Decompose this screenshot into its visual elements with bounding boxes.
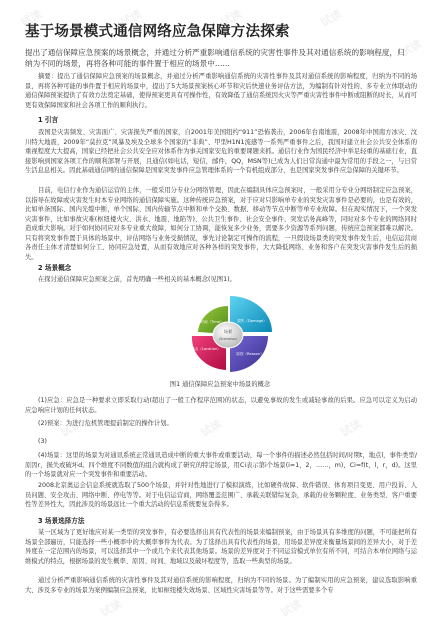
center-scenario-circle xyxy=(213,322,243,348)
selection-paragraph-2: 通过分析严重影响通信系统的灾害性事件及其对通信系统的影响程度，归纳为不同的场景。… xyxy=(25,576,417,595)
section-heading-scenario-concept: 2 场景概念 xyxy=(38,262,71,272)
watermark: 试读 xyxy=(277,596,304,620)
svg-text:时间（Time）: 时间（Time） xyxy=(200,319,223,324)
scenario-concept-figure: 场景 (Scenarios) 时间（Time） 损失（Damage） 地点（Lo… xyxy=(170,292,290,374)
section-heading-introduction: 1 引言 xyxy=(38,114,58,124)
abstract-paragraph: 摘要：提出了通信保障应急预案的场景概念，并通过分析严重影响通信系统的灾害性事件及… xyxy=(25,72,417,110)
definition-3: (3) xyxy=(25,437,417,447)
svg-text:地点（Location）: 地点（Location） xyxy=(191,346,221,351)
svg-text:场景: 场景 xyxy=(224,328,233,335)
figure-caption: 图1 通信保障应急预案中场景的概念 xyxy=(0,379,440,388)
scenario-pie-diagram: 场景 (Scenarios) 时间（Time） 损失（Damage） 地点（Lo… xyxy=(170,292,290,374)
svg-text:原因（Reason）: 原因（Reason） xyxy=(236,351,263,356)
intro-paragraph-1: 我国是灾害频发、灾害面广、灾害损失严重的国家，自2001年美国纽约“911”恐怖… xyxy=(25,128,417,176)
definition-scenario: (4)场景：这里的场景为对通讯系统正常通讯造成中断的重大事件或重要活动，每一个事… xyxy=(25,451,417,480)
section-heading-selection-method: 3 场景选择方法 xyxy=(38,515,84,525)
svg-text:(Scenarios): (Scenarios) xyxy=(219,337,237,341)
olympics-paragraph: 2008北京奥运会信息系统就选取了500个场景，并针对性地进行了模拟演练，比如硬… xyxy=(25,481,417,510)
watermark: 试读 xyxy=(317,6,344,31)
definition-plan: (2)预案：为进行危机管理提前制定的操作计划。 xyxy=(25,419,417,429)
watermark: 试读 xyxy=(97,596,124,620)
svg-text:损失（Damage）: 损失（Damage） xyxy=(237,318,267,323)
definition-emergency: (1)应急：应急是一种要求立即采取行动(超出了一般工作程序范围)的状态，以避免事… xyxy=(25,396,417,415)
selection-paragraph-1: 某一区域为了更好地应对某一类型的突发事件，有必要选择出具有代表性的场景来编制预案… xyxy=(25,528,417,566)
intro-paragraph-2: 目前，电信行业作为通信运营的主体，一般采用分专业分网络管理，因此在编制具体应急预… xyxy=(25,186,417,262)
document-page: 基于场景模式通信网络应急保障方法探索 提出了通信保障应急预案的场景概念，并通过分… xyxy=(0,0,440,620)
document-summary: 提出了通信保障应急预案的场景概念，并通过分析严重影响通信系统的灾害性事件及其对通… xyxy=(25,47,405,69)
scenario-intro-text: 在探讨通信保障应急预案之前，首先明确一些相关的基本概念(见图1)。 xyxy=(38,275,430,285)
page-title: 基于场景模式通信网络应急保障方法探索 xyxy=(25,20,290,41)
